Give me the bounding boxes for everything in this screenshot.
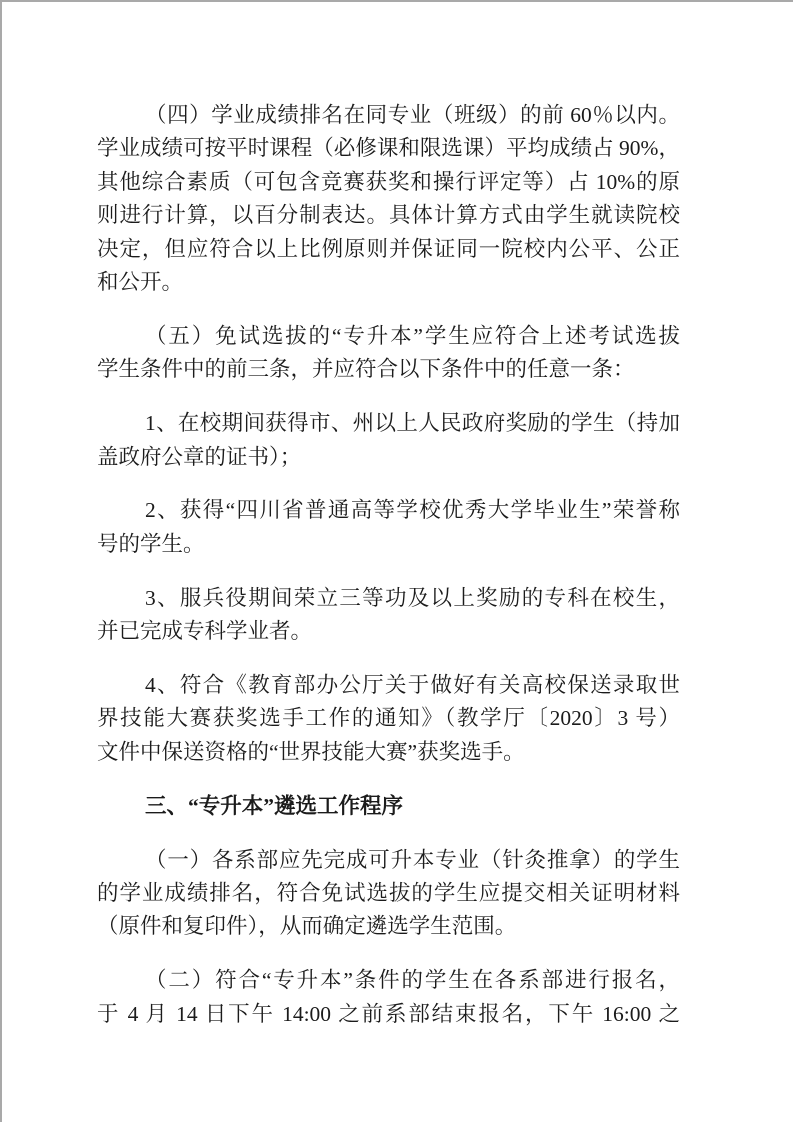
paragraph-clause-5: （五）免试选拔的“专升本”学生应符合上述考试选拔 学生条件中的前三条，并应符合以… [97, 320, 680, 387]
text-line: （二）符合“专升本”条件的学生在各系部进行报名， [97, 964, 680, 997]
list-item-1: 1、在校期间获得市、州以上人民政府奖励的学生（持加 盖政府公章的证书）； [97, 407, 680, 474]
paragraph-clause-1: （一）各系部应先完成可升本专业（针灸推拿）的学生 的学业成绩排名，符合免试选拔的… [97, 844, 680, 944]
text-line: （一）各系部应先完成可升本专业（针灸推拿）的学生 [97, 844, 680, 877]
text-line: 学生条件中的前三条，并应符合以下条件中的任意一条： [97, 353, 680, 386]
paragraph-clause-2: （二）符合“专升本”条件的学生在各系部进行报名， 于 4 月 14 日下午 14… [97, 964, 680, 1031]
document-text: （四）学业成绩排名在同专业（班级）的前 60％以内。 学业成绩可按平时课程（必修… [97, 99, 680, 1051]
text-line: 4、符合《教育部办公厅关于做好有关高校保送录取世 [97, 669, 680, 702]
text-line: 学业成绩可按平时课程（必修课和限选课）平均成绩占 90%， [97, 132, 680, 165]
list-item-3: 3、服兵役期间荣立三等功及以上奖励的专科在校生， 并已完成专科学业者。 [97, 582, 680, 649]
text-line: 界技能大赛获奖选手工作的通知》（教学厅〔2020〕3 号） [97, 702, 680, 735]
text-line: 其他综合素质（可包含竞赛获奖和操行评定等）占 10%的原 [97, 166, 680, 199]
section-heading: 三、“专升本”遴选工作程序 [97, 790, 680, 823]
text-line: （原件和复印件），从而确定遴选学生范围。 [97, 910, 680, 943]
text-line: 文件中保送资格的“世界技能大赛”获奖选手。 [97, 736, 680, 769]
text-line: 于 4 月 14 日下午 14:00 之前系部结束报名，下午 16:00 之 [97, 998, 680, 1031]
text-line: （五）免试选拔的“专升本”学生应符合上述考试选拔 [97, 320, 680, 353]
text-line: 盖政府公章的证书）； [97, 441, 680, 474]
text-line: 和公开。 [97, 266, 680, 299]
text-line: 的学业成绩排名，符合免试选拔的学生应提交相关证明材料 [97, 877, 680, 910]
text-line: 并已完成专科学业者。 [97, 615, 680, 648]
text-line: 2、获得“四川省普通高等学校优秀大学毕业生”荣誉称 [97, 494, 680, 527]
text-line: 3、服兵役期间荣立三等功及以上奖励的专科在校生， [97, 582, 680, 615]
paragraph-clause-4: （四）学业成绩排名在同专业（班级）的前 60％以内。 学业成绩可按平时课程（必修… [97, 99, 680, 299]
text-line: 号的学生。 [97, 528, 680, 561]
list-item-2: 2、获得“四川省普通高等学校优秀大学毕业生”荣誉称 号的学生。 [97, 494, 680, 561]
text-line: 则进行计算，以百分制表达。具体计算方式由学生就读院校 [97, 199, 680, 232]
text-line: 1、在校期间获得市、州以上人民政府奖励的学生（持加 [97, 407, 680, 440]
section-heading-text: 三、“专升本”遴选工作程序 [97, 790, 680, 823]
list-item-4: 4、符合《教育部办公厅关于做好有关高校保送录取世 界技能大赛获奖选手工作的通知》… [97, 669, 680, 769]
text-line: 决定，但应符合以上比例原则并保证同一院校内公平、公正 [97, 233, 680, 266]
document-page[interactable]: （四）学业成绩排名在同专业（班级）的前 60％以内。 学业成绩可按平时课程（必修… [0, 0, 793, 1122]
text-line: （四）学业成绩排名在同专业（班级）的前 60％以内。 [97, 99, 680, 132]
